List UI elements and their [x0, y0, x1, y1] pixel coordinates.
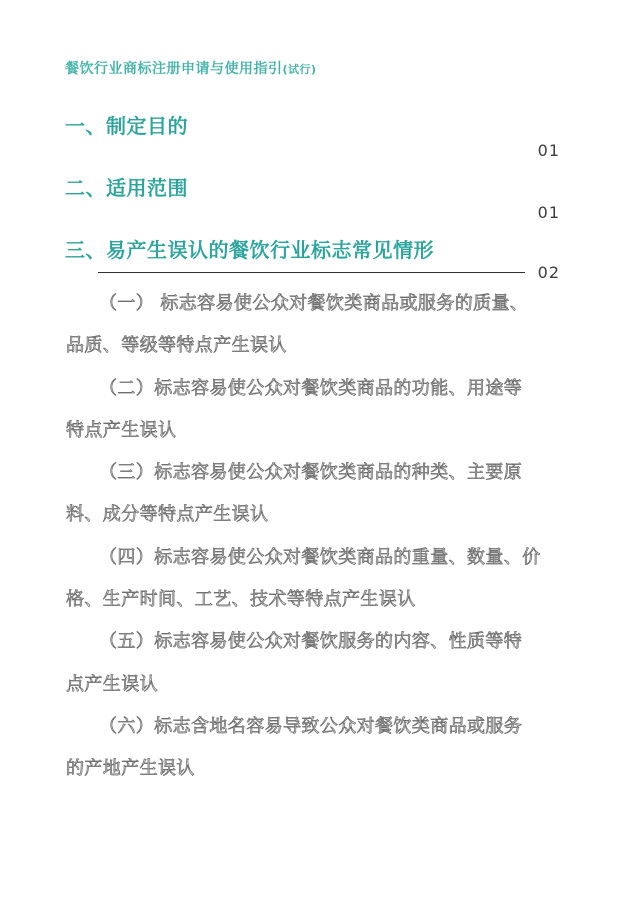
document-title: 餐饮行业商标注册申请与使用指引: [65, 61, 283, 77]
toc-heading-1: 一、制定目的: [65, 110, 188, 139]
body-line: 格、生产时间、工艺、技术等特点产生误认: [66, 579, 566, 621]
document-title-suffix: (试行): [283, 63, 317, 76]
toc-page-number-3: 02: [538, 263, 560, 282]
body-line: （三）标志容易使公众对餐饮类商品的种类、主要原: [66, 452, 566, 494]
body-line: （六）标志含地名容易导致公众对餐饮类商品或服务: [66, 706, 566, 748]
body-text-block: （一） 标志容易使公众对餐饮类商品或服务的质量、 品质、等级等特点产生误认 （二…: [66, 283, 566, 791]
toc-heading-2: 二、适用范围: [65, 172, 188, 201]
leader-line: [98, 272, 525, 273]
document-header: 餐饮行业商标注册申请与使用指引(试行): [65, 58, 317, 78]
body-line: （五）标志容易使公众对餐饮服务的内容、性质等特: [66, 621, 566, 663]
body-line: 的产地产生误认: [66, 748, 566, 790]
document-page: 餐饮行业商标注册申请与使用指引(试行) 一、制定目的 01 二、适用范围 01 …: [0, 0, 640, 900]
body-line: （二）标志容易使公众对餐饮类商品的功能、用途等: [66, 368, 566, 410]
body-line: 品质、等级等特点产生误认: [66, 325, 566, 367]
toc-page-number-2: 01: [538, 203, 560, 222]
body-line: （四）标志容易使公众对餐饮类商品的重量、数量、价: [66, 537, 566, 579]
body-line: 点产生误认: [66, 664, 566, 706]
toc-heading-3: 三、易产生误认的餐饮行业标志常见情形: [65, 234, 434, 263]
body-line: 特点产生误认: [66, 410, 566, 452]
body-line: （一） 标志容易使公众对餐饮类商品或服务的质量、: [66, 283, 566, 325]
toc-page-number-1: 01: [538, 141, 560, 160]
body-line: 料、成分等特点产生误认: [66, 494, 566, 536]
toc-entry-rule-row: 02: [98, 261, 560, 283]
